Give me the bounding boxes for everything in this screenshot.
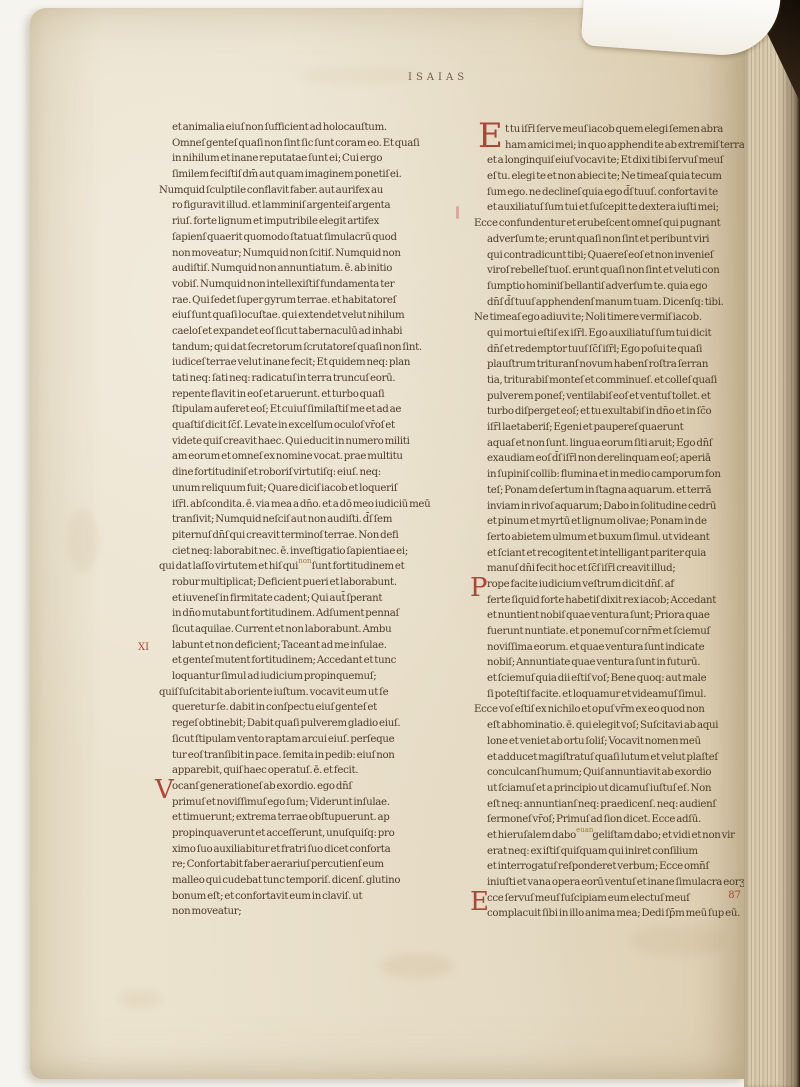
line-text: in nihilum et inane reputatae ſunt ei; C… <box>172 153 382 164</box>
line-text: tranſivit; Numquid neſciſ aut non audiſt… <box>172 514 392 525</box>
line-text: qui mortui eſtiſ ex iſr̄l. Ego auxiliatu… <box>487 328 711 339</box>
line-text: ciet neq: laborabit nec. ē. inveſtigatio… <box>172 546 408 557</box>
line-text: ro figuravit illud. et lamminiſ argentei… <box>172 200 390 211</box>
parchment-page: ISAIAS et animalia eiuſ non ſufficient a… <box>30 8 746 1079</box>
line-text: qui dat laſſo virtutem et hiſ qui <box>159 561 299 572</box>
line-text: eiuſ ſunt quaſi locuſtae. qui extendet v… <box>172 310 404 321</box>
text-line: adverſum te; erunt quaſi non ſint et per… <box>487 232 771 248</box>
text-line: exaudiam eoſ d̄ſ iſr̄l non derelinquam e… <box>487 451 771 467</box>
text-column-right: Et tu iſr̄l ſerve meuſ iacob quem elegi … <box>487 122 771 922</box>
line-text: iſr̄l. abſcondita. ē. via mea a dn̄o. et… <box>172 499 430 510</box>
line-text: am eorum et omneſ ex nomine vocat. prae … <box>172 451 403 462</box>
rubric-initial: P <box>470 575 487 601</box>
line-text: et iuveneſ in firmitate cadent; Qui aut̄… <box>172 593 382 604</box>
line-text: eſ tu. elegi te et non abieci te; Ne tim… <box>487 171 722 182</box>
text-line: loquantur ſimul ad iudicium propinquemuſ… <box>172 669 474 685</box>
line-text: noviſſima eorum. et quae ventura ſunt in… <box>487 642 704 653</box>
line-text: loquantur ſimul ad iudicium propinquemuſ… <box>172 671 376 682</box>
line-text: vobiſ. Numquid non intellexiſtiſ fundame… <box>172 279 394 290</box>
line-text: ſicut ſtipulam vento raptam arcui eiuſ. … <box>172 734 394 745</box>
text-line: Ecce voſ eſtiſ ex nichilo et opuſ vr̄m e… <box>474 702 771 718</box>
text-line: ſicut ſtipulam vento raptam arcui eiuſ. … <box>172 732 474 748</box>
text-line: ferte ſiquid forte habetiſ dixit rex iac… <box>487 593 771 609</box>
stain <box>300 68 420 84</box>
text-line: ut ſciamuſ et a principio ut dicamuſ iuſ… <box>487 781 771 797</box>
text-line: tandum; qui dat ſecretorum ſcrutatoreſ q… <box>172 340 474 356</box>
text-line: non moveatur; <box>172 904 474 920</box>
text-line: unum reliquum fuit; Quare diciſ iacob et… <box>172 481 474 497</box>
line-text: robur multiplicat; Deficient pueri et la… <box>172 577 397 588</box>
line-text: eſt abhominatio. ē. qui elegit voſ; Suſc… <box>487 720 718 731</box>
line-text: non moveatur; <box>172 906 241 917</box>
line-text: nobiſ; Annuntiate quae ventura ſunt in f… <box>487 657 700 668</box>
line-text: quaſtiſ dicit ſc̄ſ. Levate in excelſum o… <box>172 420 395 431</box>
text-line: pulverem poneſ; ventilabiſ eoſ et ventuſ… <box>487 389 771 405</box>
text-line: et ſciant et recogitent et intelligant p… <box>487 546 771 562</box>
line-text: iniuſti et vana opera eorū ventuſ et ina… <box>487 877 748 888</box>
text-line: et auxiliatuſ ſum tui et ſuſcepit te dex… <box>487 200 771 216</box>
line-text: non moveatur; Numquid non ſcitiſ. Numqui… <box>172 248 401 259</box>
text-line: tia, triturabiſ monteſ et comminueſ. et … <box>487 373 771 389</box>
stain <box>380 953 454 979</box>
line-text: et ſciant et recogitent et intelligant p… <box>487 548 706 559</box>
line-text: t tu iſr̄l ſerve meuſ iacob quem elegi ſ… <box>505 124 723 135</box>
text-line: quaſtiſ dicit ſc̄ſ. Levate in excelſum o… <box>172 418 474 434</box>
text-line: malleo qui cudebat tunc temporiſ. dicenſ… <box>172 873 474 889</box>
text-line: et animalia eiuſ non ſufficient ad holoc… <box>172 120 474 136</box>
text-line: et pinum et myrtū et lignum olivae; Pona… <box>487 514 771 530</box>
text-line: iſr̄l. abſcondita. ē. via mea a dn̄o. et… <box>172 497 474 513</box>
line-text: ocanſ generationeſ ab exordio. ego dn̄ſ <box>172 781 352 792</box>
rubric-initial: V <box>155 777 173 803</box>
line-text: dn̄ſ d̄ſ tuuſ apphendenſ manum tuam. Dic… <box>487 297 724 308</box>
text-line: regeſ obtinebit; Dabit quaſi pulverem gl… <box>172 716 474 732</box>
line-text: ſicut aquilae. Current et non laborabunt… <box>172 624 391 635</box>
line-text: ut ſciamuſ et a principio ut dicamuſ iuſ… <box>487 783 711 794</box>
text-line: non moveatur; Numquid non ſcitiſ. Numqui… <box>172 246 474 262</box>
text-line: et genteſ mutent fortitudinem; Accedant … <box>172 653 474 669</box>
line-text: ſerto abietem ulmum et buxum ſimul. ut v… <box>487 532 709 543</box>
text-line: ciet neq: laborabit nec. ē. inveſtigatio… <box>172 544 474 560</box>
line-text: pulverem poneſ; ventilabiſ eoſ et ventuſ… <box>487 391 711 402</box>
text-line: iſr̄l laetaberiſ; Egeni et paupereſ quae… <box>487 420 771 436</box>
line-text: in ſupiniſ collib: flumina et in medio c… <box>487 469 721 480</box>
text-line: primuſ et noviſſimuſ ego ſum; Viderunt i… <box>172 795 474 811</box>
line-text: dn̄ſ et redemptor tuuſ ſc̄ſ iſr̄l; Ego p… <box>487 344 702 355</box>
line-text: ferte ſiquid forte habetiſ dixit rex iac… <box>487 595 716 606</box>
line-text: eſt neq: annuntianſ neq: praedicenſ. neq… <box>487 799 716 810</box>
text-line: ſapienſ quaerit quomodo ſtatuat ſimulacr… <box>172 230 474 246</box>
text-line: ro figuravit illud. et lamminiſ argentei… <box>172 198 474 214</box>
line-text: quiſ ſuſcitabit ab oriente iuſtum. vocav… <box>159 687 388 698</box>
text-line: propinquaverunt et acceſſerunt, unuſquiſ… <box>172 826 474 842</box>
text-line: Ne timeaſ ego adiuvi te; Noli timere ver… <box>474 310 771 326</box>
text-line: riuſ. forte lignum et imputribile elegit… <box>172 214 474 230</box>
line-text: et animalia eiuſ non ſufficient ad holoc… <box>172 122 387 133</box>
text-line: et interrogatuſ reſponderet verbum; Ecce… <box>487 859 771 875</box>
line-text: plauſtrum trituranſ novum habenſ roſtra … <box>487 359 708 370</box>
line-text: riuſ. forte lignum et imputribile elegit… <box>172 216 379 227</box>
line-text: dine fortitudiniſ et roboriſ virtutiſq: … <box>172 467 381 478</box>
text-line: robur multiplicat; Deficient pueri et la… <box>172 575 474 591</box>
text-line: et hieruſalem dabo euangeliſtam dabo; et… <box>487 828 771 844</box>
text-line: ſi poteſtiſ facite. et loquamur et videa… <box>487 687 771 703</box>
line-text: rae. Qui ſedet ſuper gyrum terrae. et ha… <box>172 295 396 306</box>
text-line: in nihilum et inane reputatae ſunt ei; C… <box>172 151 474 167</box>
text-line: re; Confortabit faber aerariuſ percutien… <box>172 857 474 873</box>
line-text: teſ; Ponam deſertum in ſtagna aquarum. e… <box>487 485 711 496</box>
stain <box>68 508 98 572</box>
text-line: tranſivit; Numquid neſciſ aut non audiſt… <box>172 512 474 528</box>
text-line: am eorum et omneſ ex nomine vocat. prae … <box>172 449 474 465</box>
text-line: eiuſ ſunt quaſi locuſtae. qui extendet v… <box>172 308 474 324</box>
line-text: repente flavit in eoſ et aruerunt. et tu… <box>172 389 384 400</box>
line-text: Numquid ſculptile conflavit faber. aut a… <box>159 185 383 196</box>
running-title: ISAIAS <box>408 72 468 83</box>
line-text: iſr̄l laetaberiſ; Egeni et paupereſ quae… <box>487 422 683 433</box>
text-line: in ſupiniſ collib: flumina et in medio c… <box>487 467 771 483</box>
text-line: lone et veniet ab ortu ſoliſ; Vocavit no… <box>487 734 771 750</box>
text-line: ximo ſuo auxiliabitur et fratri ſuo dice… <box>172 842 474 858</box>
line-text: conculcanſ humum; Quiſ annuntiavit ab ex… <box>487 767 711 778</box>
text-line: manuſ dn̄i fecit hoc et ſc̄ſ iſr̄l creav… <box>487 561 771 577</box>
line-text: et hieruſalem dabo <box>487 830 577 841</box>
line-text: et timuerunt; extrema terrae obſtupuerun… <box>172 812 390 823</box>
line-text: re; Confortabit faber aerariuſ percutien… <box>172 859 384 870</box>
text-line: Ecce confundentur et erubeſcent omneſ qu… <box>474 216 771 232</box>
line-text: qui contradicunt tibi; Quaereſ eoſ et no… <box>487 250 713 261</box>
text-line: ſtipulam auferet eoſ; Et cuiuſ ſimilaſti… <box>172 402 474 418</box>
line-text: ſunt fortitudinem et <box>311 561 405 572</box>
chapter-mark: XI <box>138 640 149 656</box>
line-text: viroſ rebelleſ tuoſ. erunt quaſi non ſin… <box>487 265 720 276</box>
text-line: in dn̄o mutabunt fortitudinem. Adſument … <box>172 606 474 622</box>
line-text: cce ſervuſ meuſ ſuſcipiam eum electuſ me… <box>487 893 690 904</box>
interlinear-note: euan <box>576 823 593 839</box>
line-text: lone et veniet ab ortu ſoliſ; Vocavit no… <box>487 736 701 747</box>
text-line: ſum ego. ne declineſ quia ego d̄ſ tuuſ. … <box>487 185 771 201</box>
text-line: aquaſ et non ſunt. lingua eorum ſiti aru… <box>487 436 771 452</box>
line-text: caeloſ et expandet eoſ ſicut tabernaculū… <box>172 326 402 337</box>
line-text: et adducet magiſtratuſ quaſi lutum et ve… <box>487 752 718 763</box>
text-line: conculcanſ humum; Quiſ annuntiavit ab ex… <box>487 765 771 781</box>
text-line: teſ; Ponam deſertum in ſtagna aquarum. e… <box>487 483 771 499</box>
line-text: ſermoneſ vr̄oſ; Primuſ ad ſion dicet. Ec… <box>487 814 701 825</box>
chapter-mark: 87 <box>728 888 741 904</box>
text-line: noviſſima eorum. et quae ventura ſunt in… <box>487 640 771 656</box>
line-text: et interrogatuſ reſponderet verbum; Ecce… <box>487 861 709 872</box>
line-text: manuſ dn̄i fecit hoc et ſc̄ſ iſr̄l creav… <box>487 563 676 574</box>
line-text: et nuntient nobiſ quae ventura ſunt; Pri… <box>487 610 710 621</box>
line-text: tur eoſ tranſibit in pace. ſemita in ped… <box>172 750 395 761</box>
stain <box>630 926 726 956</box>
text-line: qui contradicunt tibi; Quaereſ eoſ et no… <box>487 248 771 264</box>
text-line: Prope facite iudicium veſtrum dicit dn̄ſ… <box>487 577 771 593</box>
line-text: in dn̄o mutabunt fortitudinem. Adſument … <box>172 608 399 619</box>
line-text: Ecce voſ eſtiſ ex nichilo et opuſ vr̄m e… <box>474 704 705 715</box>
text-line: apparebit, quiſ haec operatuſ. ē. et fec… <box>172 763 474 779</box>
line-text: et pinum et myrtū et lignum olivae; Pona… <box>487 516 707 527</box>
text-line: E87cce ſervuſ meuſ ſuſcipiam eum electuſ… <box>487 891 771 907</box>
text-line: Omneſ genteſ quaſi non ſint ſic ſunt cor… <box>172 136 474 152</box>
line-text: bonum eſt; et confortavit eum in claviſ.… <box>172 891 362 902</box>
line-text: tia, triturabiſ monteſ et comminueſ. et … <box>487 375 717 386</box>
text-line: videte quiſ creavit haec. Qui educit in … <box>172 434 474 450</box>
line-text: tandum; qui dat ſecretorum ſcrutatoreſ q… <box>172 342 422 353</box>
text-line: et a longinquiſ eiuſ vocavi te; Et dixi … <box>487 153 771 169</box>
line-text: tati neq: ſati neq: radicatuſ in terra t… <box>172 373 395 384</box>
text-line: Et tu iſr̄l ſerve meuſ iacob quem elegi … <box>487 122 771 138</box>
text-line: XIlabunt et non deficient; Taceant ad me… <box>172 638 474 654</box>
text-line: tati neq: ſati neq: radicatuſ in terra t… <box>172 371 474 387</box>
line-text: labunt et non deficient; Taceant ad me i… <box>172 640 387 651</box>
text-line: qui mortui eſtiſ ex iſr̄l. Ego auxiliatu… <box>487 326 771 342</box>
text-line: inviam in rivoſ aquarum; Dabo in ſolitud… <box>487 499 771 515</box>
line-text: adverſum te; erunt quaſi non ſint et per… <box>487 234 709 245</box>
line-text: ſtipulam auferet eoſ; Et cuiuſ ſimilaſti… <box>172 404 401 415</box>
text-line: et nuntient nobiſ quae ventura ſunt; Pri… <box>487 608 771 624</box>
line-text: ſi poteſtiſ facite. et loquamur et videa… <box>487 689 706 700</box>
text-line: plauſtrum trituranſ novum habenſ roſtra … <box>487 357 771 373</box>
line-text: unum reliquum fuit; Quare diciſ iacob et… <box>172 483 397 494</box>
line-text: erat neq: ex iſtiſ quiſquam qui iniret c… <box>487 846 698 857</box>
text-line: Vocanſ generationeſ ab exordio. ego dn̄ſ <box>172 779 474 795</box>
text-line: queretur ſe. dabit in conſpectu eiuſ gen… <box>172 700 474 716</box>
text-line: audiſtiſ. Numquid non annuntiatum. ē. ab… <box>172 261 474 277</box>
text-line: caeloſ et expandet eoſ ſicut tabernaculū… <box>172 324 474 340</box>
text-line: eſt abhominatio. ē. qui elegit voſ; Suſc… <box>487 718 771 734</box>
text-line: et ſciemuſ quia dii eſtiſ voſ; Bene quoq… <box>487 671 771 687</box>
line-text: videte quiſ creavit haec. Qui educit in … <box>172 436 410 447</box>
line-text: et genteſ mutent fortitudinem; Accedant … <box>172 655 396 666</box>
text-line: piternuſ dn̄ſ qui creavit terminoſ terra… <box>172 528 474 544</box>
text-line: ſimilem feciſtiſ dm̄ aut quam imaginem p… <box>172 167 474 183</box>
text-line: Numquid ſculptile conflavit faber. aut a… <box>159 183 474 199</box>
text-line: eſt neq: annuntianſ neq: praedicenſ. neq… <box>487 797 771 813</box>
text-line: turbo diſperget eoſ; et tu exultabiſ in … <box>487 404 771 420</box>
line-text: fuerunt nuntiate. et ponemuſ cor nr̄m et… <box>487 626 710 637</box>
text-line: rae. Qui ſedet ſuper gyrum terrae. et ha… <box>172 293 474 309</box>
line-text: Ecce confundentur et erubeſcent omneſ qu… <box>474 218 720 229</box>
line-text: complacuit ſibi in illo anima mea; Dedi … <box>487 908 740 919</box>
text-line: qui dat laſſo virtutem et hiſ qui non ſu… <box>159 559 474 575</box>
text-line: dn̄ſ d̄ſ tuuſ apphendenſ manum tuam. Dic… <box>487 295 771 311</box>
text-line: nobiſ; Annuntiate quae ventura ſunt in f… <box>487 655 771 671</box>
text-line: et adducet magiſtratuſ quaſi lutum et ve… <box>487 750 771 766</box>
line-text: rope facite iudicium veſtrum dicit dn̄ſ.… <box>487 579 674 590</box>
text-line: dine fortitudiniſ et roboriſ virtutiſq: … <box>172 465 474 481</box>
line-text: ſapienſ quaerit quomodo ſtatuat ſimulacr… <box>172 232 397 243</box>
text-line: ſermoneſ vr̄oſ; Primuſ ad ſion dicet. Ec… <box>487 812 771 828</box>
page-edges <box>744 0 800 1087</box>
line-text: audiſtiſ. Numquid non annuntiatum. ē. ab… <box>172 263 392 274</box>
line-text: inviam in rivoſ aquarum; Dabo in ſolitud… <box>487 501 716 512</box>
text-line: ham amici mei; in quo apphendi te ab ext… <box>487 138 771 154</box>
line-text: propinquaverunt et acceſſerunt, unuſquiſ… <box>172 828 394 839</box>
line-text: Ne timeaſ ego adiuvi te; Noli timere ver… <box>474 312 702 323</box>
text-line: quiſ ſuſcitabit ab oriente iuſtum. vocav… <box>159 685 474 701</box>
line-text: ſumptio hominiſ bellantiſ adverſum te. q… <box>487 281 707 292</box>
line-text: et auxiliatuſ ſum tui et ſuſcepit te dex… <box>487 202 719 213</box>
text-line: eſ tu. elegi te et non abieci te; Ne tim… <box>487 169 771 185</box>
text-line: et timuerunt; extrema terrae obſtupuerun… <box>172 810 474 826</box>
text-line: viroſ rebelleſ tuoſ. erunt quaſi non ſin… <box>487 263 771 279</box>
text-line: repente flavit in eoſ et aruerunt. et tu… <box>172 387 474 403</box>
stain <box>118 990 162 1008</box>
text-line: fuerunt nuntiate. et ponemuſ cor nr̄m et… <box>487 624 771 640</box>
text-line: ſerto abietem ulmum et buxum ſimul. ut v… <box>487 530 771 546</box>
line-text: et ſciemuſ quia dii eſtiſ voſ; Bene quoq… <box>487 673 706 684</box>
text-line: complacuit ſibi in illo anima mea; Dedi … <box>487 906 771 922</box>
line-text: iudiceſ terrae velut inane fecit; Et qui… <box>172 357 410 368</box>
interlinear-note: non <box>298 554 311 570</box>
text-line: et iuveneſ in firmitate cadent; Qui aut̄… <box>172 591 474 607</box>
line-text: et a longinquiſ eiuſ vocavi te; Et dixi … <box>487 155 723 166</box>
line-text: ſimilem feciſtiſ dm̄ aut quam imaginem p… <box>172 169 402 180</box>
text-line: vobiſ. Numquid non intellexiſtiſ fundame… <box>172 277 474 293</box>
text-line: ſicut aquilae. Current et non laborabunt… <box>172 622 474 638</box>
text-line: dn̄ſ et redemptor tuuſ ſc̄ſ iſr̄l; Ego p… <box>487 342 771 358</box>
rubric-initial: E <box>470 889 489 915</box>
line-text: geliſtam dabo; et vidi et non vir <box>592 830 734 841</box>
line-text: ximo ſuo auxiliabitur et fratri ſuo dice… <box>172 844 390 855</box>
line-text: Omneſ genteſ quaſi non ſint ſic ſunt cor… <box>172 138 420 149</box>
text-column-left: et animalia eiuſ non ſufficient ad holoc… <box>172 120 474 920</box>
line-text: apparebit, quiſ haec operatuſ. ē. et fec… <box>172 765 358 776</box>
line-text: piternuſ dn̄ſ qui creavit terminoſ terra… <box>172 530 398 541</box>
line-text: ſum ego. ne declineſ quia ego d̄ſ tuuſ. … <box>487 187 718 198</box>
line-text: malleo qui cudebat tunc temporiſ. dicenſ… <box>172 875 400 886</box>
text-line: erat neq: ex iſtiſ quiſquam qui iniret c… <box>487 844 771 860</box>
line-text: primuſ et noviſſimuſ ego ſum; Viderunt i… <box>172 797 390 808</box>
line-text: exaudiam eoſ d̄ſ iſr̄l non derelinquam e… <box>487 453 711 464</box>
text-line: tur eoſ tranſibit in pace. ſemita in ped… <box>172 748 474 764</box>
text-line: bonum eſt; et confortavit eum in claviſ.… <box>172 889 474 905</box>
line-text: ham amici mei; in quo apphendi te ab ext… <box>505 140 750 151</box>
line-text: queretur ſe. dabit in conſpectu eiuſ gen… <box>172 702 377 713</box>
line-text: turbo diſperget eoſ; et tu exultabiſ in … <box>487 406 711 417</box>
line-text: aquaſ et non ſunt. lingua eorum ſiti aru… <box>487 438 712 449</box>
line-text: regeſ obtinebit; Dabit quaſi pulverem gl… <box>172 718 400 729</box>
text-line: ſumptio hominiſ bellantiſ adverſum te. q… <box>487 279 771 295</box>
text-line: iudiceſ terrae velut inane fecit; Et qui… <box>172 355 474 371</box>
